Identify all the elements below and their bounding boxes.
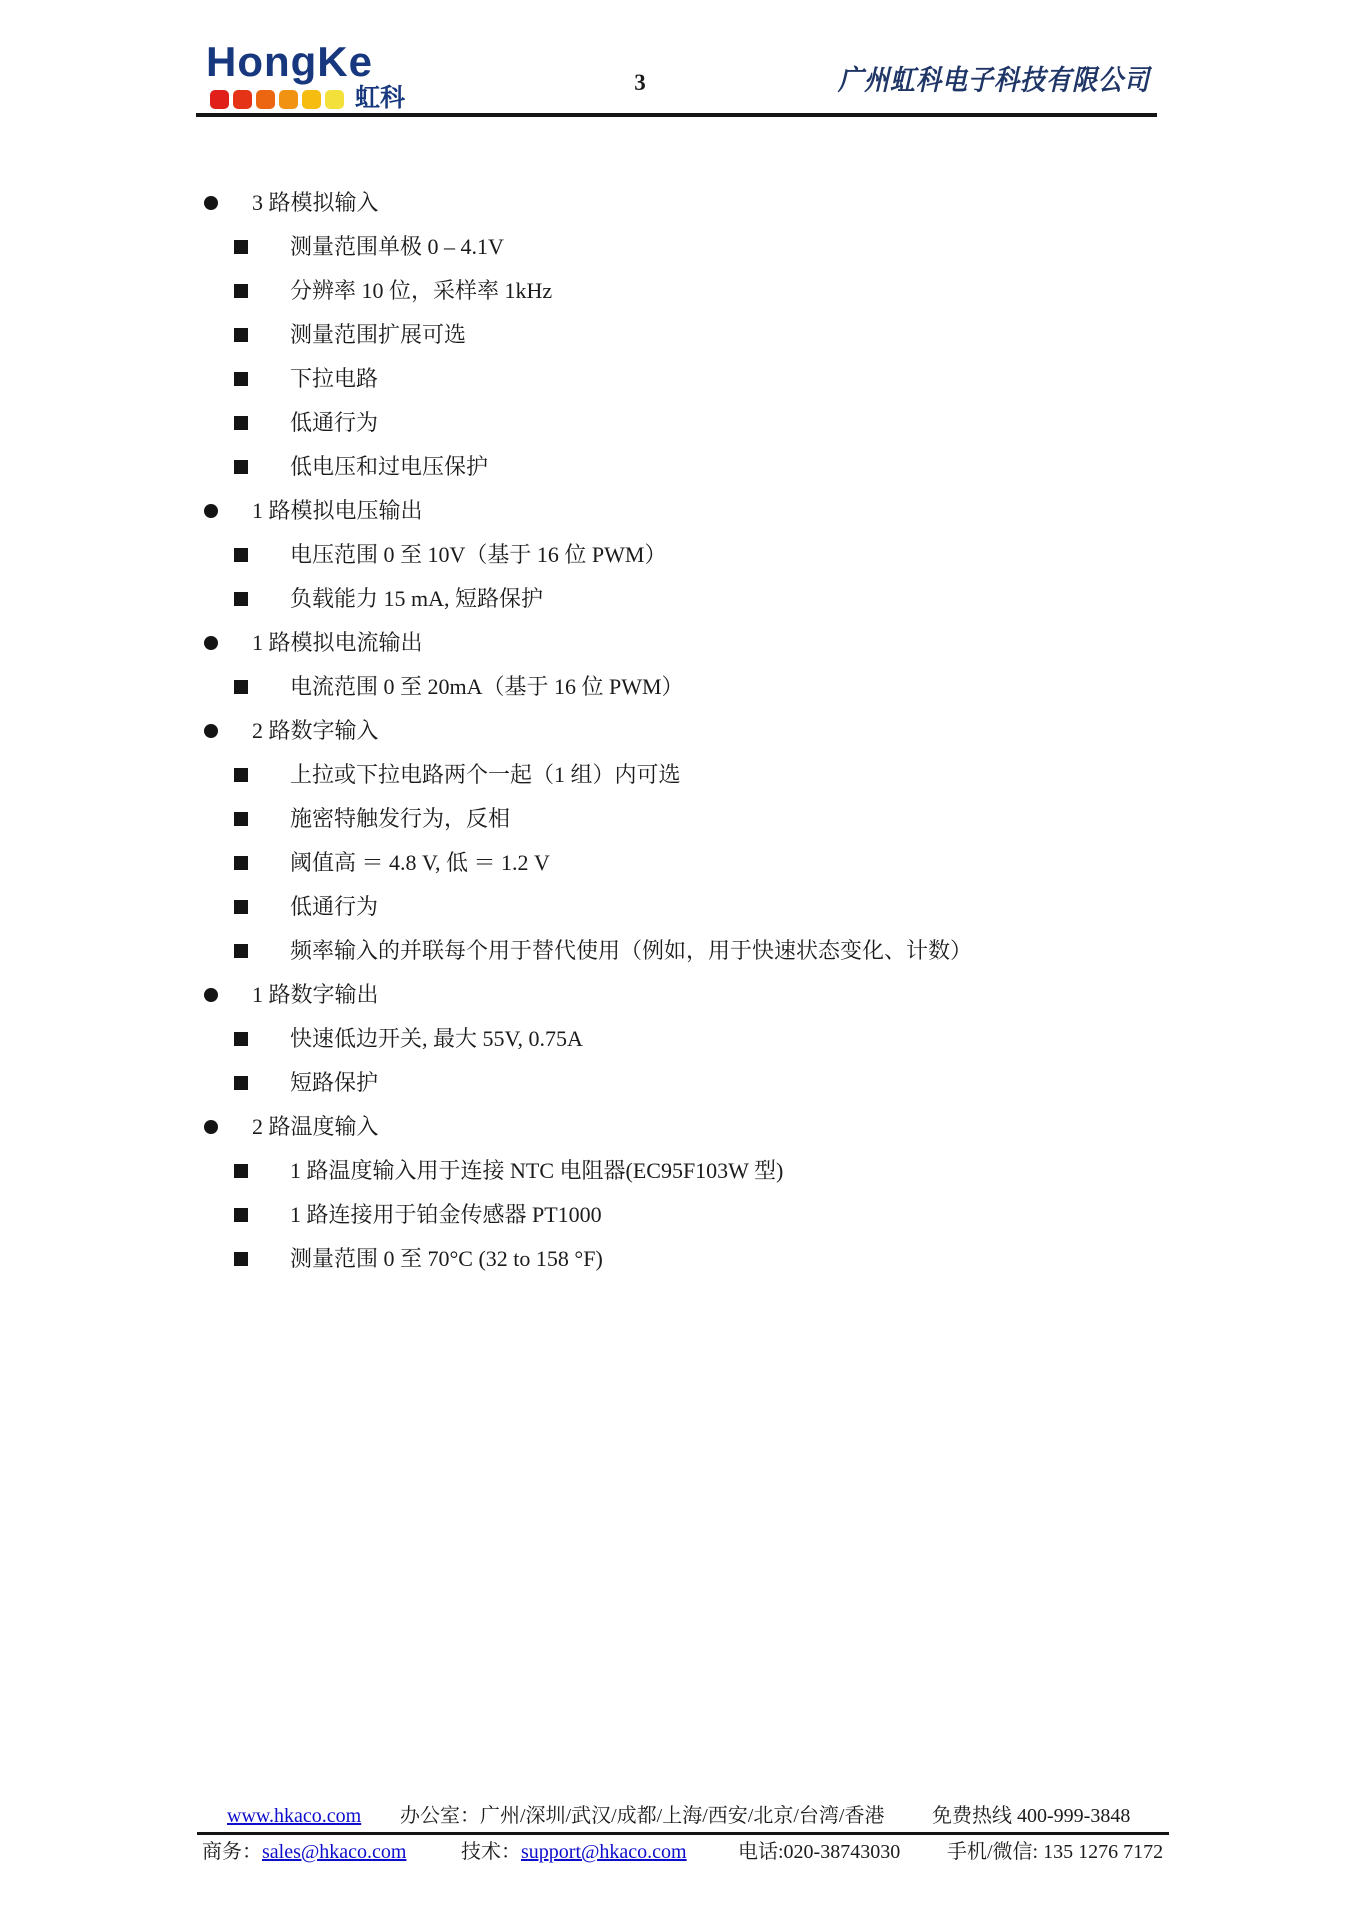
list-item: 2 路数字输入 [0,709,1357,753]
list-item: 短路保护 [0,1061,1357,1105]
page-number: 3 [618,70,662,96]
feature-list: 3 路模拟输入测量范围单极 0 – 4.1V分辨率 10 位，采样率 1kHz测… [0,181,1357,1281]
logo-color-square [325,90,344,109]
bullet-square-icon [234,1208,248,1222]
support-email-link[interactable]: support@hkaco.com [521,1841,687,1863]
bullet-square-icon [234,416,248,430]
list-item: 负载能力 15 mA, 短路保护 [0,577,1357,621]
bullet-square-icon [234,900,248,914]
bullet-square-icon [234,1032,248,1046]
logo-color-square [279,90,298,109]
list-item-text: 快速低边开关, 最大 55V, 0.75A [290,1017,583,1061]
bullet-circle-icon [204,988,218,1002]
list-item-text: 频率输入的并联每个用于替代使用（例如，用于快速状态变化、计数） [290,929,972,973]
bullet-square-icon [234,812,248,826]
document-page: HongKe 虹科 3 广州虹科电子科技有限公司 3 路模拟输入测量范围单极 0… [0,0,1357,1920]
list-item-text: 测量范围扩展可选 [290,313,466,357]
sales-label: 商务： [202,1841,262,1863]
bullet-square-icon [234,944,248,958]
list-item: 测量范围单极 0 – 4.1V [0,225,1357,269]
list-item-text: 短路保护 [290,1061,378,1105]
bullet-circle-icon [204,724,218,738]
list-item: 1 路连接用于铂金传感器 PT1000 [0,1193,1357,1237]
list-item-text: 1 路数字输出 [252,973,379,1017]
list-item: 1 路数字输出 [0,973,1357,1017]
list-item-text: 负载能力 15 mA, 短路保护 [290,577,543,621]
sales-contact: 商务：sales@hkaco.com [202,1841,406,1863]
bullet-square-icon [234,680,248,694]
list-item: 1 路模拟电流输出 [0,621,1357,665]
list-item-text: 施密特触发行为，反相 [290,797,510,841]
list-item: 3 路模拟输入 [0,181,1357,225]
list-item: 1 路温度输入用于连接 NTC 电阻器(EC95F103W 型) [0,1149,1357,1193]
list-item: 电流范围 0 至 20mA（基于 16 位 PWM） [0,665,1357,709]
bullet-circle-icon [204,504,218,518]
list-item-text: 低通行为 [290,401,378,445]
hongke-logo-squares: 虹科 [210,89,405,109]
list-item-text: 上拉或下拉电路两个一起（1 组）内可选 [290,753,681,797]
bullet-square-icon [234,1164,248,1178]
list-item-text: 下拉电路 [290,357,378,401]
bullet-square-icon [234,856,248,870]
footer-divider [197,1832,1169,1835]
header-divider [196,113,1157,117]
list-item-text: 电流范围 0 至 20mA（基于 16 位 PWM） [290,665,684,709]
list-item-text: 测量范围单极 0 – 4.1V [290,225,504,269]
mobile-wechat-text: 手机/微信: 135 1276 7172 [947,1841,1163,1863]
bullet-square-icon [234,1076,248,1090]
bullet-square-icon [234,548,248,562]
company-name: 广州虹科电子科技有限公司 [838,58,1150,98]
bullet-square-icon [234,460,248,474]
list-item-text: 1 路温度输入用于连接 NTC 电阻器(EC95F103W 型) [290,1149,783,1193]
bullet-circle-icon [204,196,218,210]
bullet-square-icon [234,328,248,342]
support-contact: 技术：support@hkaco.com [461,1841,687,1863]
list-item-text: 1 路模拟电压输出 [252,489,423,533]
bullet-square-icon [234,1252,248,1266]
bullet-square-icon [234,768,248,782]
list-item: 频率输入的并联每个用于替代使用（例如，用于快速状态变化、计数） [0,929,1357,973]
hotline-text: 免费热线 400-999-3848 [932,1805,1130,1827]
bullet-circle-icon [204,1120,218,1134]
hongke-logo-chinese: 虹科 [355,89,405,109]
list-item-text: 低通行为 [290,885,378,929]
list-item: 上拉或下拉电路两个一起（1 组）内可选 [0,753,1357,797]
website-link[interactable]: www.hkaco.com [227,1805,361,1827]
list-item-text: 低电压和过电压保护 [290,445,488,489]
list-item-text: 分辨率 10 位，采样率 1kHz [290,269,552,313]
sales-email-link[interactable]: sales@hkaco.com [262,1841,406,1863]
logo-color-square [302,90,321,109]
offices-text: 办公室：广州/深圳/武汉/成都/上海/西安/北京/台湾/香港 [400,1805,884,1827]
list-item-text: 2 路温度输入 [252,1105,379,1149]
bullet-square-icon [234,240,248,254]
list-item: 下拉电路 [0,357,1357,401]
list-item-text: 电压范围 0 至 10V（基于 16 位 PWM） [290,533,666,577]
list-item: 低通行为 [0,401,1357,445]
phone-text: 电话:020-38743030 [738,1841,900,1863]
list-item: 测量范围扩展可选 [0,313,1357,357]
list-item: 低电压和过电压保护 [0,445,1357,489]
list-item: 施密特触发行为，反相 [0,797,1357,841]
bullet-circle-icon [204,636,218,650]
list-item-text: 3 路模拟输入 [252,181,379,225]
bullet-square-icon [234,284,248,298]
list-item: 分辨率 10 位，采样率 1kHz [0,269,1357,313]
list-item-text: 2 路数字输入 [252,709,379,753]
list-item: 电压范围 0 至 10V（基于 16 位 PWM） [0,533,1357,577]
list-item: 低通行为 [0,885,1357,929]
list-item-text: 1 路模拟电流输出 [252,621,423,665]
list-item: 阈值高 ＝ 4.8 V, 低 ＝ 1.2 V [0,841,1357,885]
hongke-logo-wordmark: HongKe [206,40,373,84]
list-item-text: 1 路连接用于铂金传感器 PT1000 [290,1193,602,1237]
list-item: 1 路模拟电压输出 [0,489,1357,533]
list-item: 快速低边开关, 最大 55V, 0.75A [0,1017,1357,1061]
list-item: 测量范围 0 至 70°C (32 to 158 °F) [0,1237,1357,1281]
list-item-text: 测量范围 0 至 70°C (32 to 158 °F) [290,1237,603,1281]
support-label: 技术： [461,1841,521,1863]
logo-color-square [210,90,229,109]
bullet-square-icon [234,592,248,606]
list-item: 2 路温度输入 [0,1105,1357,1149]
bullet-square-icon [234,372,248,386]
list-item-text: 阈值高 ＝ 4.8 V, 低 ＝ 1.2 V [290,841,550,885]
logo-color-square [233,90,252,109]
logo-color-square [256,90,275,109]
